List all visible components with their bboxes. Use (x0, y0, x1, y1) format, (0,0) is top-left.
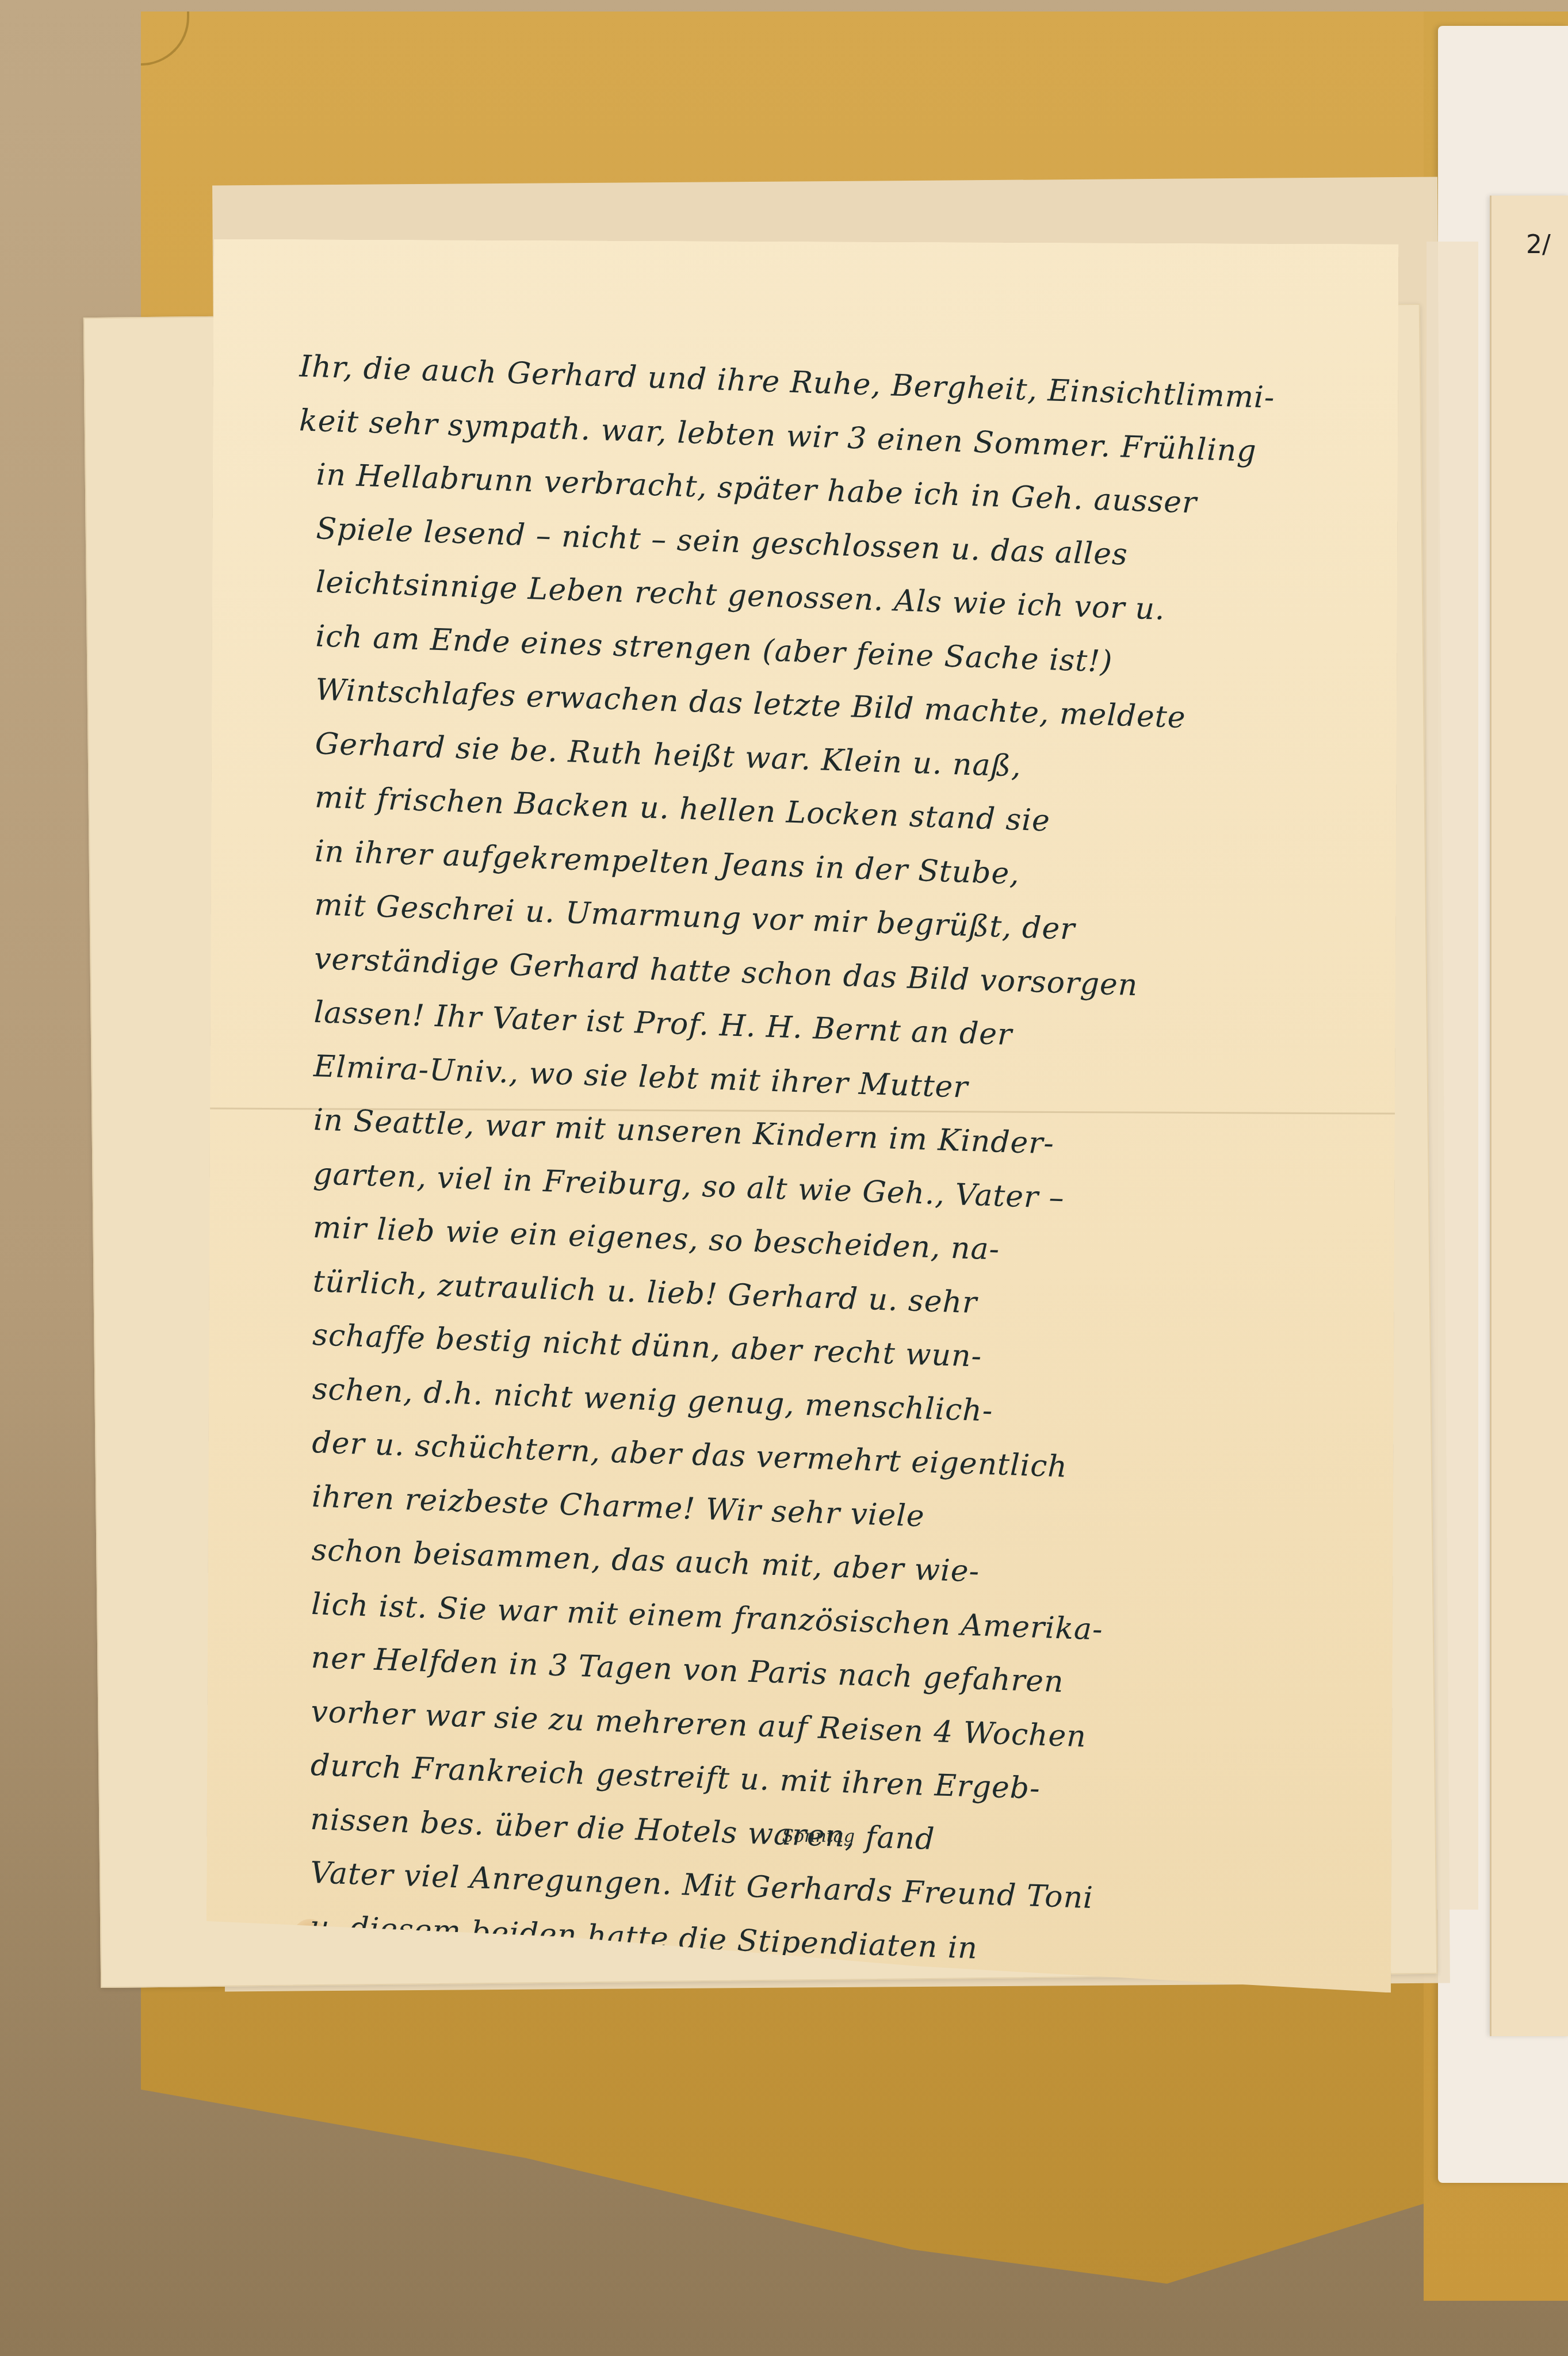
page-number-marker: 2/ (1526, 230, 1551, 259)
next-letter-page: 2/ (1490, 196, 1568, 2036)
letter-page: Ihr, die auch Gerhard und ihre Ruhe, Ber… (206, 239, 1398, 1993)
inserted-word: Sonntag (782, 1826, 855, 1847)
handwritten-lines: Ihr, die auch Gerhard und ihre Ruhe, Ber… (292, 340, 1375, 2173)
